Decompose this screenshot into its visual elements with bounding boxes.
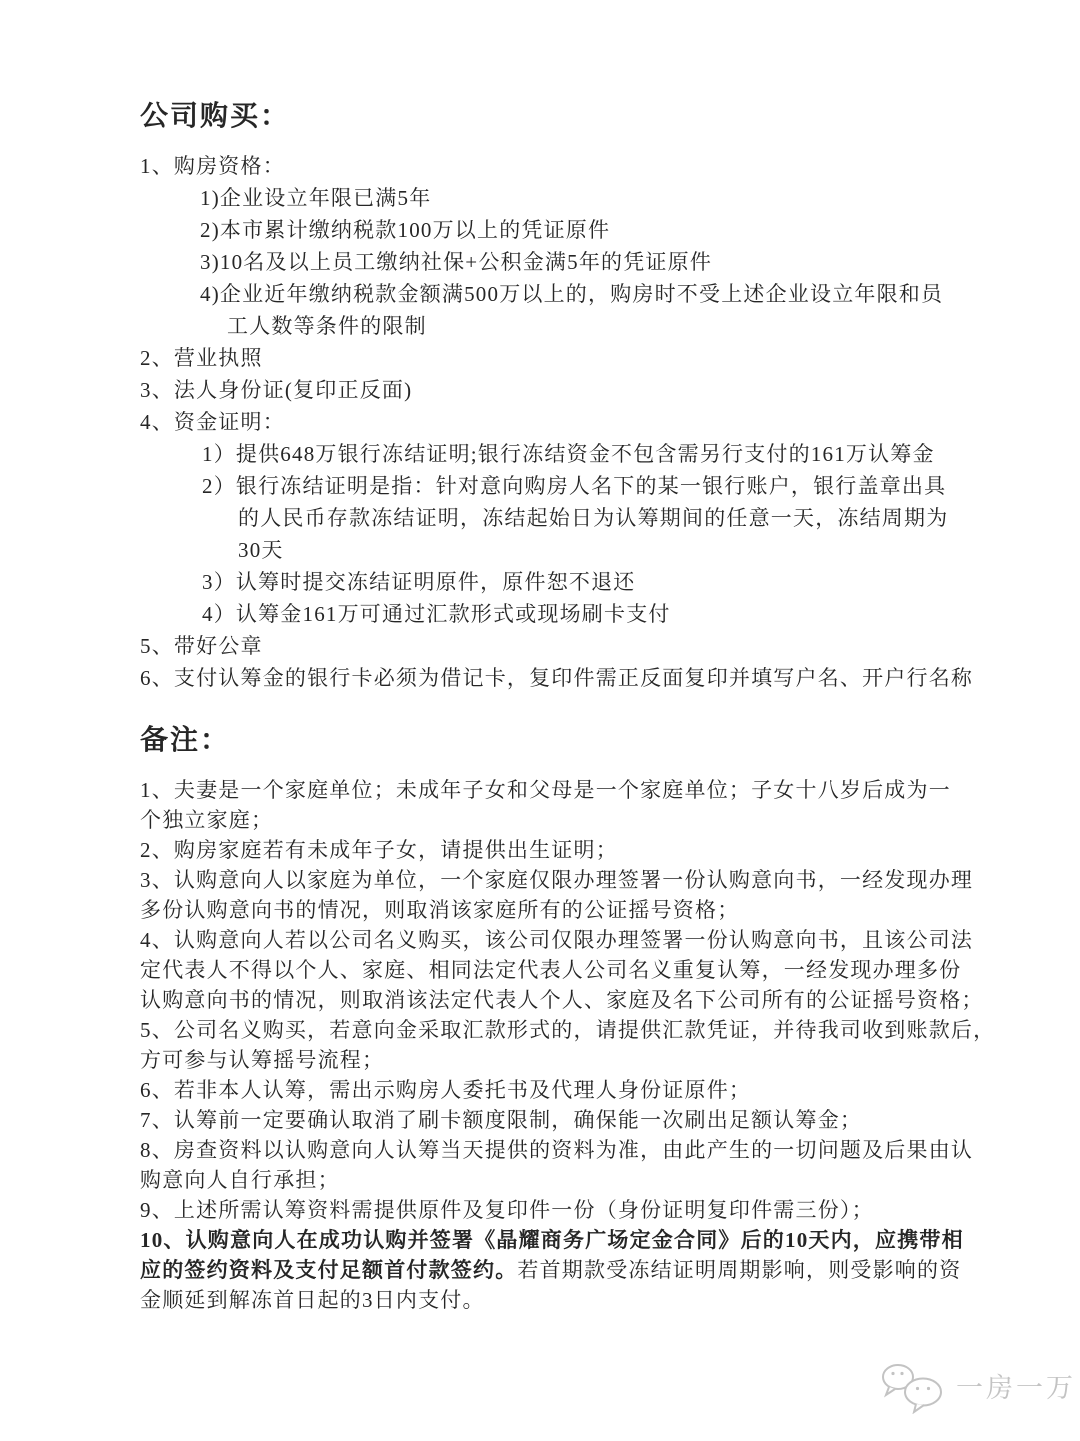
note-3-line-1: 3、认购意向人以家庭为单位，一个家庭仅限办理签署一份认购意向书，一经发现办理 [140,865,1020,895]
note-10-line-1: 10、认购意向人在成功认购并签署《晶耀商务广场定金合同》后的10天内，应携带相 [140,1225,1020,1255]
company-purchase-section: 1、购房资格： 1)企业设立年限已满5年 2)本市累计缴纳税款100万以上的凭证… [140,150,1000,694]
funds-sub-2-line-3: 30天 [238,534,1000,566]
notes-section: 1、夫妻是一个家庭单位；未成年子女和父母是一个家庭单位；子女十八岁后成为一 个独… [140,775,1020,1315]
section-title-company-purchase: 公司购买： [140,100,290,134]
note-10-line-2-regular: 若首期款受冻结证明周期影响，则受影响的资 [517,1258,961,1282]
qualification-sub-1: 1)企业设立年限已满5年 [200,182,1000,214]
funds-sub-1: 1）提供648万银行冻结证明;银行冻结资金不包含需另行支付的161万认筹金 [202,438,1000,470]
qualification-sub-4-line-1: 4)企业近年缴纳税款金额满500万以上的，购房时不受上述企业设立年限和员 [200,278,1000,310]
qualification-sub-4-line-2: 工人数等条件的限制 [227,310,1000,342]
brand-watermark: 一房一万 [878,1362,1076,1414]
note-1-line-2: 个独立家庭； [140,805,1020,835]
note-5-line-1: 5、公司名义购买，若意向金采取汇款形式的，请提供汇款凭证，并待我司收到账款后， [140,1015,1020,1045]
note-8-line-1: 8、房查资料以认购意向人认筹当天提供的资料为准，由此产生的一切问题及后果由认 [140,1135,1020,1165]
item-legal-person-id: 3、法人身份证(复印正反面) [140,374,1000,406]
note-1-line-1: 1、夫妻是一个家庭单位；未成年子女和父母是一个家庭单位；子女十八岁后成为一 [140,775,1020,805]
brand-name: 一房一万 [956,1362,1076,1414]
note-4-line-3: 认购意向书的情况，则取消该法定代表人个人、家庭及名下公司所有的公证摇号资格； [140,985,1020,1015]
note-10-line-3: 金顺延到解冻首日起的3日内支付。 [140,1285,1020,1315]
item-company-seal: 5、带好公章 [140,630,1000,662]
qualification-sub-3: 3)10名及以上员工缴纳社保+公积金满5年的凭证原件 [200,246,1000,278]
funds-sub-3: 3）认筹时提交冻结证明原件，原件恕不退还 [202,566,1000,598]
note-10-line-2-bold: 应的签约资料及支付足额首付款签约。 [140,1258,517,1282]
note-6: 6、若非本人认筹，需出示购房人委托书及代理人身份证原件； [140,1075,1020,1105]
note-7: 7、认筹前一定要确认取消了刷卡额度限制，确保能一次刷出足额认筹金； [140,1105,1020,1135]
funds-sub-4: 4）认筹金161万可通过汇款形式或现场刷卡支付 [202,598,1000,630]
note-4-line-2: 定代表人不得以个人、家庭、相同法定代表人公司名义重复认筹，一经发现办理多份 [140,955,1020,985]
note-5-line-2: 方可参与认筹摇号流程； [140,1045,1020,1075]
section-title-notes: 备注： [140,724,230,758]
item-purchase-qualification: 1、购房资格： [140,150,1000,182]
wechat-chat-bubbles-icon [878,1362,950,1414]
item-funds-proof: 4、资金证明： [140,406,1000,438]
note-8-line-2: 购意向人自行承担； [140,1165,1020,1195]
note-10-line-2: 应的签约资料及支付足额首付款签约。若首期款受冻结证明周期影响，则受影响的资 [140,1255,1020,1285]
funds-sub-2-line-2: 的人民币存款冻结证明，冻结起始日为认筹期间的任意一天，冻结周期为 [238,502,1000,534]
item-debit-card: 6、支付认筹金的银行卡必须为借记卡，复印件需正反面复印并填写户名、开户行名称 [140,662,1000,694]
note-9: 9、上述所需认筹资料需提供原件及复印件一份（身份证明复印件需三份）； [140,1195,1020,1225]
qualification-sub-2: 2)本市累计缴纳税款100万以上的凭证原件 [200,214,1000,246]
funds-sub-2-line-1: 2）银行冻结证明是指：针对意向购房人名下的某一银行账户，银行盖章出具 [202,470,1000,502]
note-4-line-1: 4、认购意向人若以公司名义购买，该公司仅限办理签署一份认购意向书，且该公司法 [140,925,1020,955]
note-2: 2、购房家庭若有未成年子女，请提供出生证明； [140,835,1020,865]
item-business-license: 2、营业执照 [140,342,1000,374]
note-3-line-2: 多份认购意向书的情况，则取消该家庭所有的公证摇号资格； [140,895,1020,925]
